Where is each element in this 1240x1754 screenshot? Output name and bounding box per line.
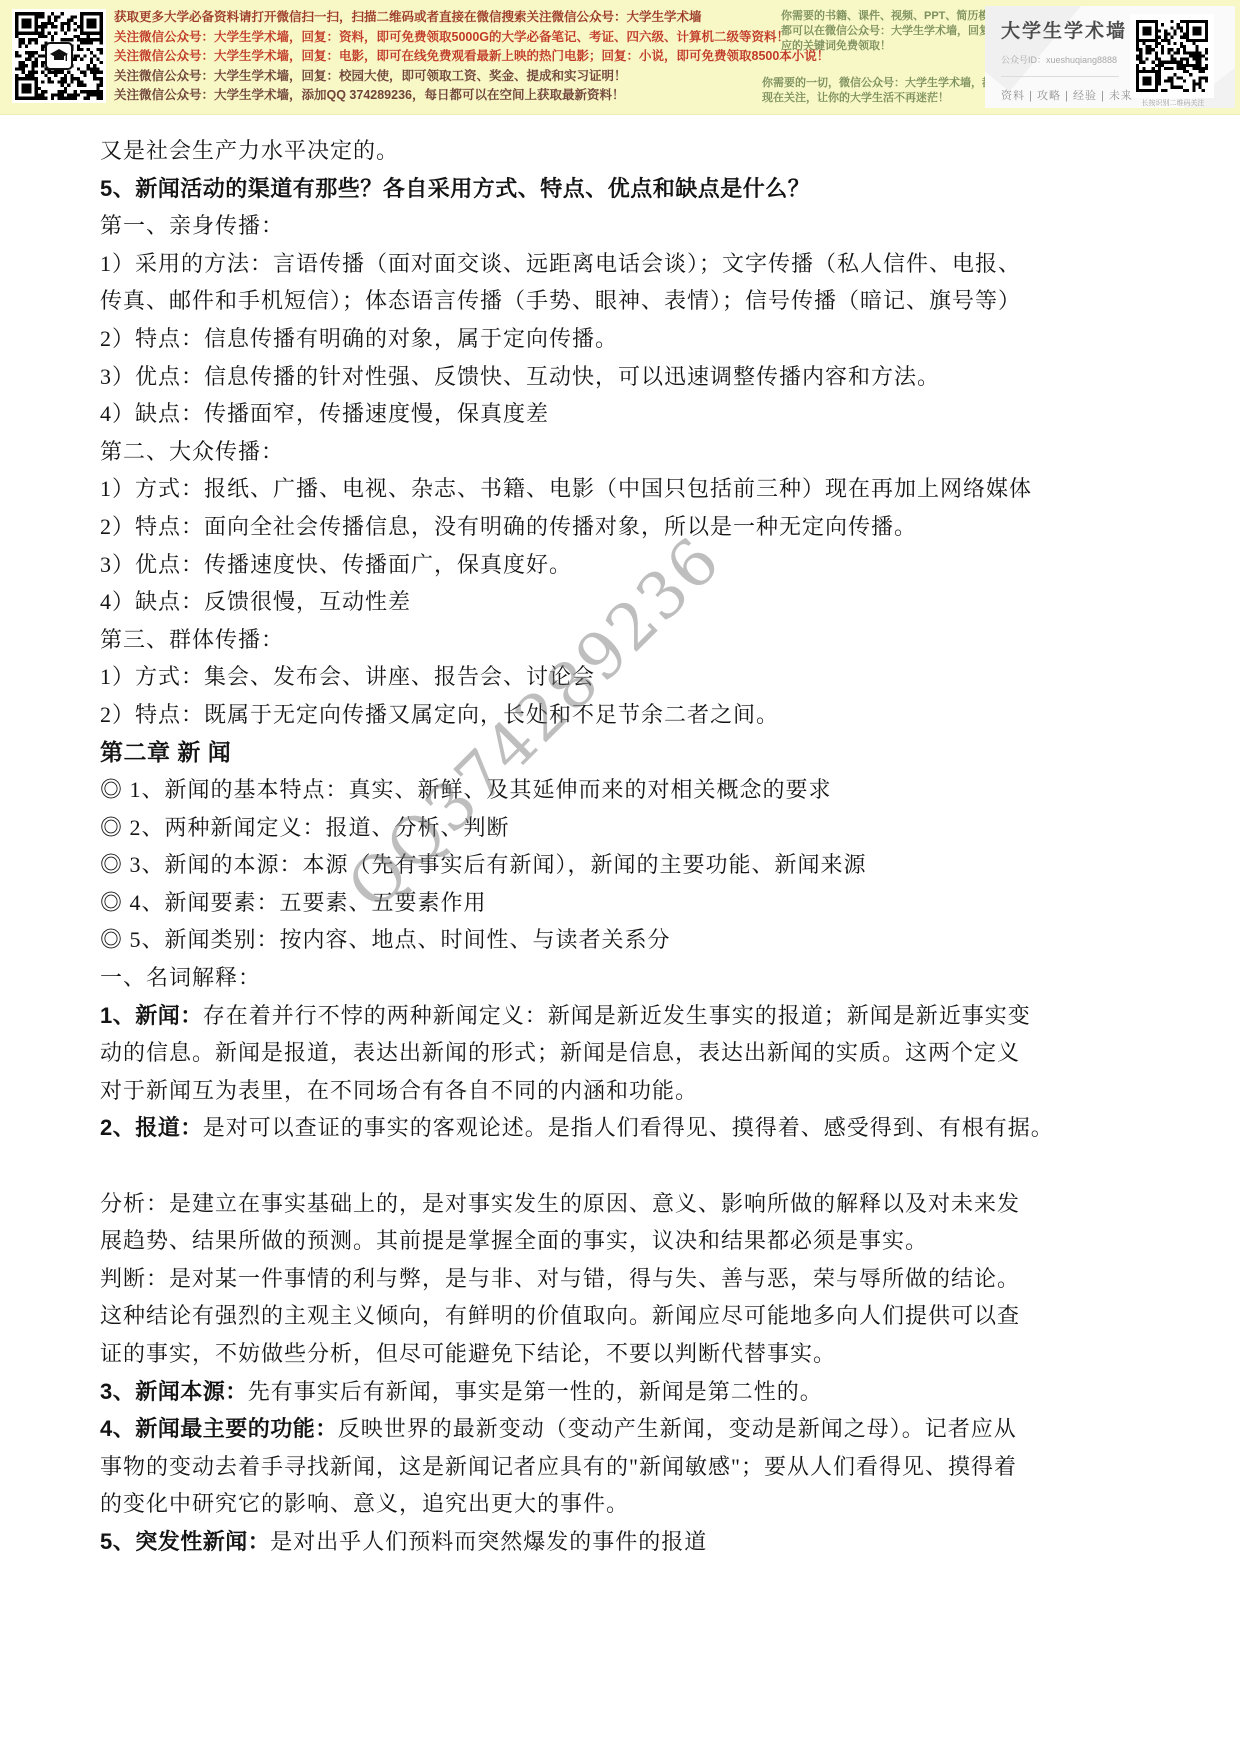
text-line: 又是社会生产力水平决定的。 bbox=[100, 132, 1145, 170]
promo-line: 关注微信公众号：大学生学术墙，回复：资料，即可免费领取5000G的大学必备笔记、… bbox=[114, 28, 854, 48]
text-line: 4）缺点：反馈很慢，互动性差 bbox=[100, 583, 1145, 621]
brand-account-id: 公众号ID：xueshuqiang8888 bbox=[1001, 53, 1121, 66]
qr-caption: 长按识别二维码关注 bbox=[1125, 98, 1221, 108]
brand-tags: 资料 | 攻略 | 经验 | 未来 bbox=[1001, 87, 1121, 103]
text-line bbox=[100, 1147, 1145, 1185]
text-line: 3）优点：信息传播的针对性强、反馈快、互动快，可以迅速调整传播内容和方法。 bbox=[100, 358, 1145, 396]
green-note-bottom: 你需要的一切，微信公众号：大学生学术墙，都有！现在关注，让你的大学生活不再迷茫！ bbox=[762, 76, 1015, 106]
document-body: 又是社会生产力水平决定的。5、新闻活动的渠道有那些？各自采用方式、特点、优点和缺… bbox=[100, 132, 1145, 1561]
text-line: 第二章 新 闻 bbox=[100, 734, 1145, 772]
text-line: 第二、大众传播： bbox=[100, 433, 1145, 471]
text-line: 2、报道：是对可以查证的事实的客观论述。是指人们看得见、摸得着、感受得到、有根有… bbox=[100, 1109, 1145, 1147]
banner-promo-lines: 获取更多大学必备资料请打开微信扫一扫，扫描二维码或者直接在微信搜索关注微信公众号… bbox=[114, 8, 854, 106]
text-line: 3）优点：传播速度快、传播面广，保真度好。 bbox=[100, 546, 1145, 584]
text-line: 判断：是对某一件事情的利与弊，是与非、对与错，得与失、善与恶，荣与辱所做的结论。 bbox=[100, 1260, 1145, 1298]
text-line: 1、新闻：存在着并行不悖的两种新闻定义：新闻是新近发生事实的报道；新闻是新近事实… bbox=[100, 997, 1145, 1035]
promo-line: 关注微信公众号：大学生学术墙，添加QQ 374289236，每日都可以在空间上获… bbox=[114, 86, 854, 106]
note-line: 都可以在微信公众号：大学生学术墙，回复相 bbox=[781, 24, 1001, 39]
text-line: 1）采用的方法：言语传播（面对面交谈、远距离电话会谈）；文字传播（私人信件、电报… bbox=[100, 245, 1145, 283]
text-line: 1）方式：集会、发布会、讲座、报告会、讨论会 bbox=[100, 658, 1145, 696]
text-line: 第三、群体传播： bbox=[100, 621, 1145, 659]
text-line: 证的事实，不妨做些分析，但尽可能避免下结论，不要以判断代替事实。 bbox=[100, 1335, 1145, 1373]
note-line: 你需要的一切，微信公众号：大学生学术墙，都有！ bbox=[762, 76, 1015, 91]
text-line: 事物的变动去着手寻找新闻，这是新闻记者应具有的"新闻敏感"；要从人们看得见、摸得… bbox=[100, 1448, 1145, 1486]
text-line: 第一、亲身传播： bbox=[100, 207, 1145, 245]
text-line: 4、新闻最主要的功能：反映世界的最新变动（变动产生新闻，变动是新闻之母）。记者应… bbox=[100, 1410, 1145, 1448]
text-line: 3、新闻本源：先有事实后有新闻，事实是第一性的，新闻是第二性的。 bbox=[100, 1373, 1145, 1411]
text-line: ◎ 4、新闻要素：五要素、五要素作用 bbox=[100, 884, 1145, 922]
text-line: 传真、邮件和手机短信）；体态语言传播（手势、眼神、表情）；信号传播（暗记、旗号等… bbox=[100, 282, 1145, 320]
brand-card: 大学生学术墙 公众号ID：xueshuqiang8888 资料 | 攻略 | 经… bbox=[985, 6, 1235, 108]
note-line: 现在关注，让你的大学生活不再迷茫！ bbox=[762, 91, 1015, 106]
green-note-top: 你需要的书籍、课件、视频、PPT、简历模板都可以在微信公众号：大学生学术墙，回复… bbox=[781, 9, 1001, 54]
promo-line: 关注微信公众号：大学生学术墙，回复：电影，即可在线免费观看最新上映的热门电影；回… bbox=[114, 47, 854, 67]
text-line: 这种结论有强烈的主观主义倾向，有鲜明的价值取向。新闻应尽可能地多向人们提供可以查 bbox=[100, 1297, 1145, 1335]
text-line: 5、新闻活动的渠道有那些？各自采用方式、特点、优点和缺点是什么？ bbox=[100, 170, 1145, 208]
note-line: 你需要的书籍、课件、视频、PPT、简历模板 bbox=[781, 9, 1001, 24]
text-line: ◎ 5、新闻类别：按内容、地点、时间性、与读者关系分 bbox=[100, 921, 1145, 959]
promo-line: 获取更多大学必备资料请打开微信扫一扫，扫描二维码或者直接在微信搜索关注微信公众号… bbox=[114, 8, 854, 28]
text-line: ◎ 3、新闻的本源：本源（先有事实后有新闻），新闻的主要功能、新闻来源 bbox=[100, 846, 1145, 884]
text-line: 2）特点：面向全社会传播信息，没有明确的传播对象，所以是一种无定向传播。 bbox=[100, 508, 1145, 546]
text-line: 对于新闻互为表里，在不同场合有各自不同的内涵和功能。 bbox=[100, 1072, 1145, 1110]
text-line: 动的信息。新闻是报道，表达出新闻的形式；新闻是信息，表达出新闻的实质。这两个定义 bbox=[100, 1034, 1145, 1072]
graduation-cap-icon bbox=[45, 42, 73, 70]
brand-title: 大学生学术墙 bbox=[1001, 16, 1121, 43]
text-line: 5、突发性新闻：是对出乎人们预料而突然爆发的事件的报道 bbox=[100, 1523, 1145, 1561]
text-line: 分析：是建立在事实基础上的，是对事实发生的原因、意义、影响所做的解释以及对未来发 bbox=[100, 1185, 1145, 1223]
text-line: 2）特点：既属于无定向传播又属定向，长处和不足节余二者之间。 bbox=[100, 696, 1145, 734]
wechat-qr-code-left bbox=[12, 9, 106, 103]
text-line: ◎ 1、新闻的基本特点：真实、新鲜、及其延伸而来的对相关概念的要求 bbox=[100, 771, 1145, 809]
brand-divider bbox=[1001, 76, 1119, 77]
text-line: 1）方式：报纸、广播、电视、杂志、书籍、电影（中国只包括前三种）现在再加上网络媒… bbox=[100, 470, 1145, 508]
text-line: ◎ 2、两种新闻定义：报道、分析、判断 bbox=[100, 809, 1145, 847]
text-line: 展趋势、结果所做的预测。其前提是掌握全面的事实，议决和结果都必须是事实。 bbox=[100, 1222, 1145, 1260]
text-line: 2）特点：信息传播有明确的对象，属于定向传播。 bbox=[100, 320, 1145, 358]
note-line: 应的关键词免费领取！ bbox=[781, 39, 1001, 54]
text-line: 的变化中研究它的影响、意义，追究出更大的事件。 bbox=[100, 1485, 1145, 1523]
promo-line: 关注微信公众号：大学生学术墙，回复：校园大使，即可领取工资、奖金、提成和实习证明… bbox=[114, 67, 854, 87]
promo-banner: 获取更多大学必备资料请打开微信扫一扫，扫描二维码或者直接在微信搜索关注微信公众号… bbox=[0, 0, 1240, 115]
wechat-qr-code-right bbox=[1133, 17, 1211, 95]
text-line: 一、名词解释： bbox=[100, 959, 1145, 997]
text-line: 4）缺点：传播面窄，传播速度慢，保真度差 bbox=[100, 395, 1145, 433]
